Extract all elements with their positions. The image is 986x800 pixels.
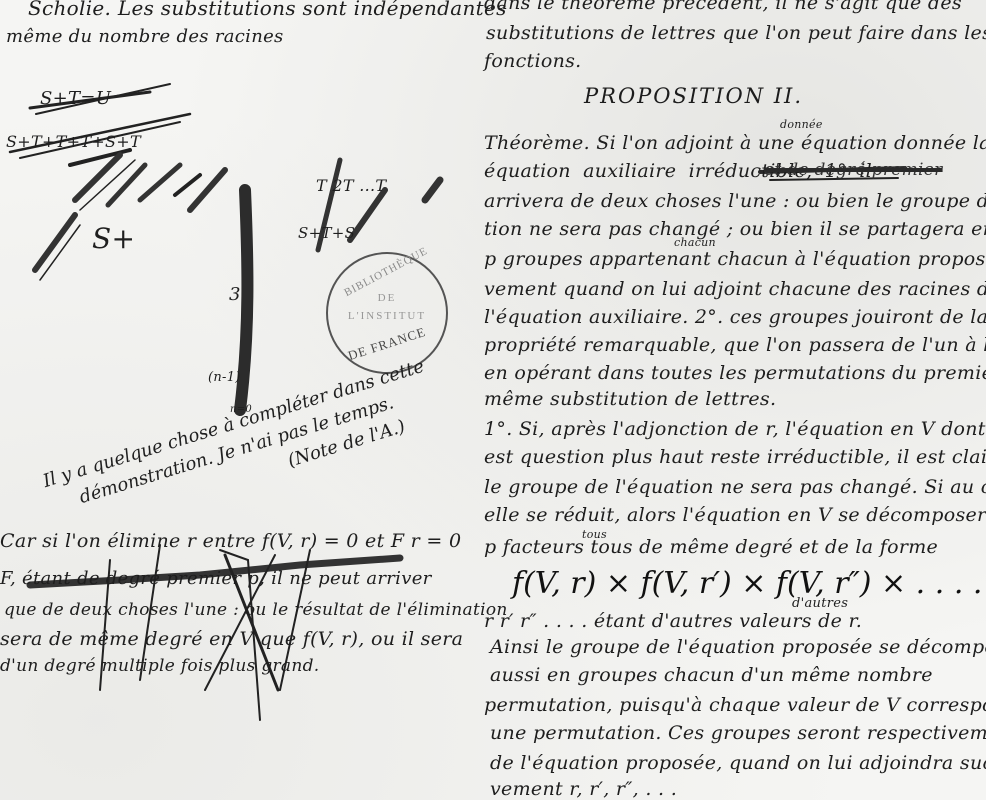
top-line-2: substitutions de lettres que l'on peut f… bbox=[486, 22, 986, 44]
stamp-bottom-text: DE FRANCE bbox=[334, 320, 440, 368]
stamp-mid-text-1: DE bbox=[328, 292, 446, 304]
theorem-strikeout: et de degré premier bbox=[764, 160, 943, 180]
vertical-number-3: 3 bbox=[229, 284, 241, 305]
stamp-mid-text-2: L'INSTITUT bbox=[328, 310, 446, 322]
proposition-heading: PROPOSITION II. bbox=[584, 84, 803, 108]
after-formula-line-6: de l'équation proposée, quand on lui adj… bbox=[490, 752, 986, 774]
after-formula-line-4: permutation, puisqu'à chaque valeur de V… bbox=[484, 694, 986, 716]
proof-line-1: 1°. Si, après l'adjonction de r, l'équat… bbox=[484, 418, 986, 440]
crossed-line-5: d'un degré multiple fois plus grand. bbox=[0, 656, 320, 676]
proof-line-3: le groupe de l'équation ne sera pas chan… bbox=[484, 476, 986, 498]
after-formula-line-1: r r′ r″ . . . . étant d'autres valeurs d… bbox=[484, 610, 862, 632]
insert-donnee: donnée bbox=[780, 118, 823, 131]
theorem-line-9: en opérant dans toutes les permutations … bbox=[484, 362, 986, 384]
theorem-line-8: propriété remarquable, que l'on passera … bbox=[484, 334, 986, 356]
after-formula-line-5: une permutation. Ces groupes seront resp… bbox=[490, 722, 986, 744]
proof-line-2: est question plus haut reste irréductibl… bbox=[484, 446, 986, 468]
scribble-s4: T 2T ...T bbox=[316, 176, 386, 195]
after-formula-line-3: aussi en groupes chacun d'un même nombre bbox=[490, 664, 933, 686]
scholie-line-1: Scholie. Les substitutions sont indépend… bbox=[28, 0, 507, 20]
top-line-3: fonctions. bbox=[484, 50, 582, 72]
top-line-1: dans le théorème précédent, il ne s'agit… bbox=[484, 0, 962, 14]
theorem-line-7: l'équation auxiliaire. 2°. ces groupes j… bbox=[484, 306, 986, 328]
after-formula-line-2: Ainsi le groupe de l'équation proposée s… bbox=[490, 636, 986, 658]
library-stamp: BIBLIOTHÈQUE DE L'INSTITUT DE FRANCE bbox=[326, 252, 448, 374]
after-formula-line-7: vement r, r′, r″, . . . bbox=[490, 778, 677, 800]
theorem-line-5: p groupes appartenant chacun à l'équatio… bbox=[484, 248, 986, 270]
insert-dautres: d'autres bbox=[792, 596, 848, 611]
insert-tous: tous bbox=[582, 528, 607, 541]
theorem-line-10: même substitution de lettres. bbox=[484, 388, 776, 410]
proof-line-4: elle se réduit, alors l'équation en V se… bbox=[484, 504, 986, 526]
scribble-s5: S+T+S bbox=[298, 224, 355, 242]
crossed-line-1: Car si l'on élimine r entre f(V, r) = 0 … bbox=[0, 530, 461, 552]
scribble-s3: S+ bbox=[92, 222, 135, 255]
insert-chacun: chacun bbox=[674, 236, 716, 249]
crossed-line-4: sera de même degré en V que f(V, r), ou … bbox=[0, 628, 463, 650]
manuscript-page: Scholie. Les substitutions sont indépend… bbox=[0, 0, 986, 800]
crossed-line-3: que de deux choses l'une : ou le résulta… bbox=[4, 600, 508, 620]
scribble-s1: S+T=U bbox=[40, 88, 111, 109]
theorem-line-4: tion ne sera pas changé ; ou bien il se … bbox=[484, 218, 986, 240]
crossed-line-2: F, étant de degré premier p, il ne peut … bbox=[0, 568, 432, 589]
scribble-s2: S+T+T+T+S+T bbox=[6, 132, 141, 151]
theorem-line-3: arrivera de deux choses l'une : ou bien … bbox=[484, 190, 986, 212]
proof-line-5: p facteurs tous de même degré et de la f… bbox=[484, 536, 938, 558]
theorem-line-6: vement quand on lui adjoint chacune des … bbox=[484, 278, 986, 300]
product-formula: f(V, r) × f(V, r′) × f(V, r″) × . . . . … bbox=[512, 566, 986, 601]
theorem-line-1: Théorème. Si l'on adjoint à une équation… bbox=[484, 132, 986, 154]
vertical-number-n-1: (n-1) bbox=[208, 370, 241, 385]
scholie-line-2: même du nombre des racines bbox=[6, 26, 284, 47]
strikeout-text: et de degré premier bbox=[764, 160, 943, 180]
